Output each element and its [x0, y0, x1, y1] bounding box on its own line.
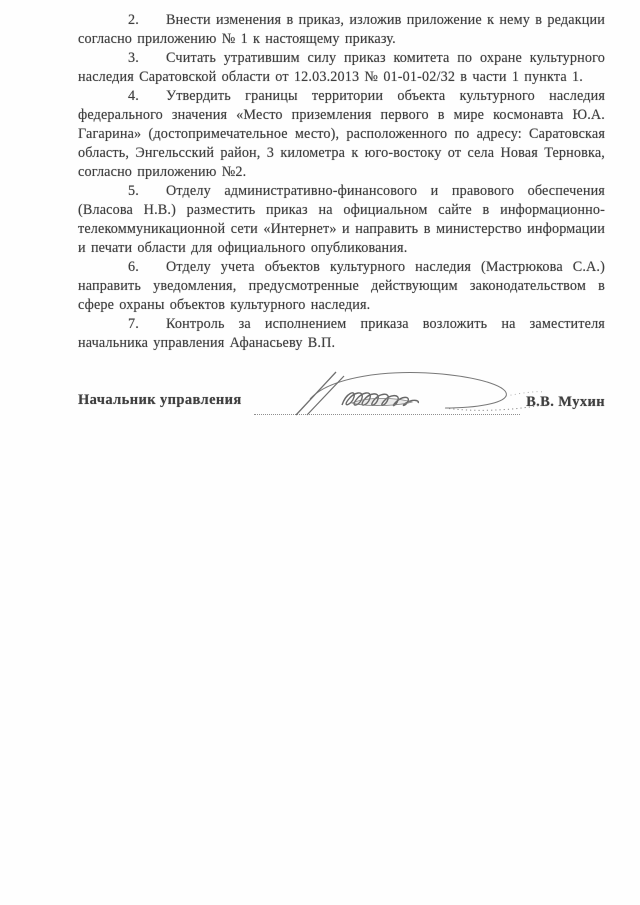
order-body: 2.Внести изменения в приказ, изложив при… [78, 11, 605, 353]
order-paragraph-4: 4.Утвердить границы территории объекта к… [78, 87, 605, 182]
paragraph-number: 3. [128, 49, 166, 68]
order-paragraph-3: 3.Считать утратившим силу приказ комитет… [78, 49, 605, 87]
handwritten-signature [282, 367, 552, 419]
signature-line [254, 368, 520, 415]
order-paragraph-6: 6.Отделу учета объектов культурного насл… [78, 258, 605, 315]
paragraph-number: 2. [128, 11, 166, 30]
order-paragraph-7: 7.Контроль за исполнением приказа возлож… [78, 315, 605, 353]
signatory-title: Начальник управления [78, 392, 242, 415]
paragraph-number: 6. [128, 258, 166, 277]
paragraph-number: 4. [128, 87, 166, 106]
order-paragraph-5: 5.Отделу административно-финансового и п… [78, 182, 605, 258]
order-paragraph-2: 2.Внести изменения в приказ, изложив при… [78, 11, 605, 49]
scanned-order-page: 2.Внести изменения в приказ, изложив при… [0, 0, 640, 905]
paragraph-number: 7. [128, 315, 166, 334]
paragraph-number: 5. [128, 182, 166, 201]
signature-block: Начальник управления В.В. Мухин [78, 368, 605, 415]
